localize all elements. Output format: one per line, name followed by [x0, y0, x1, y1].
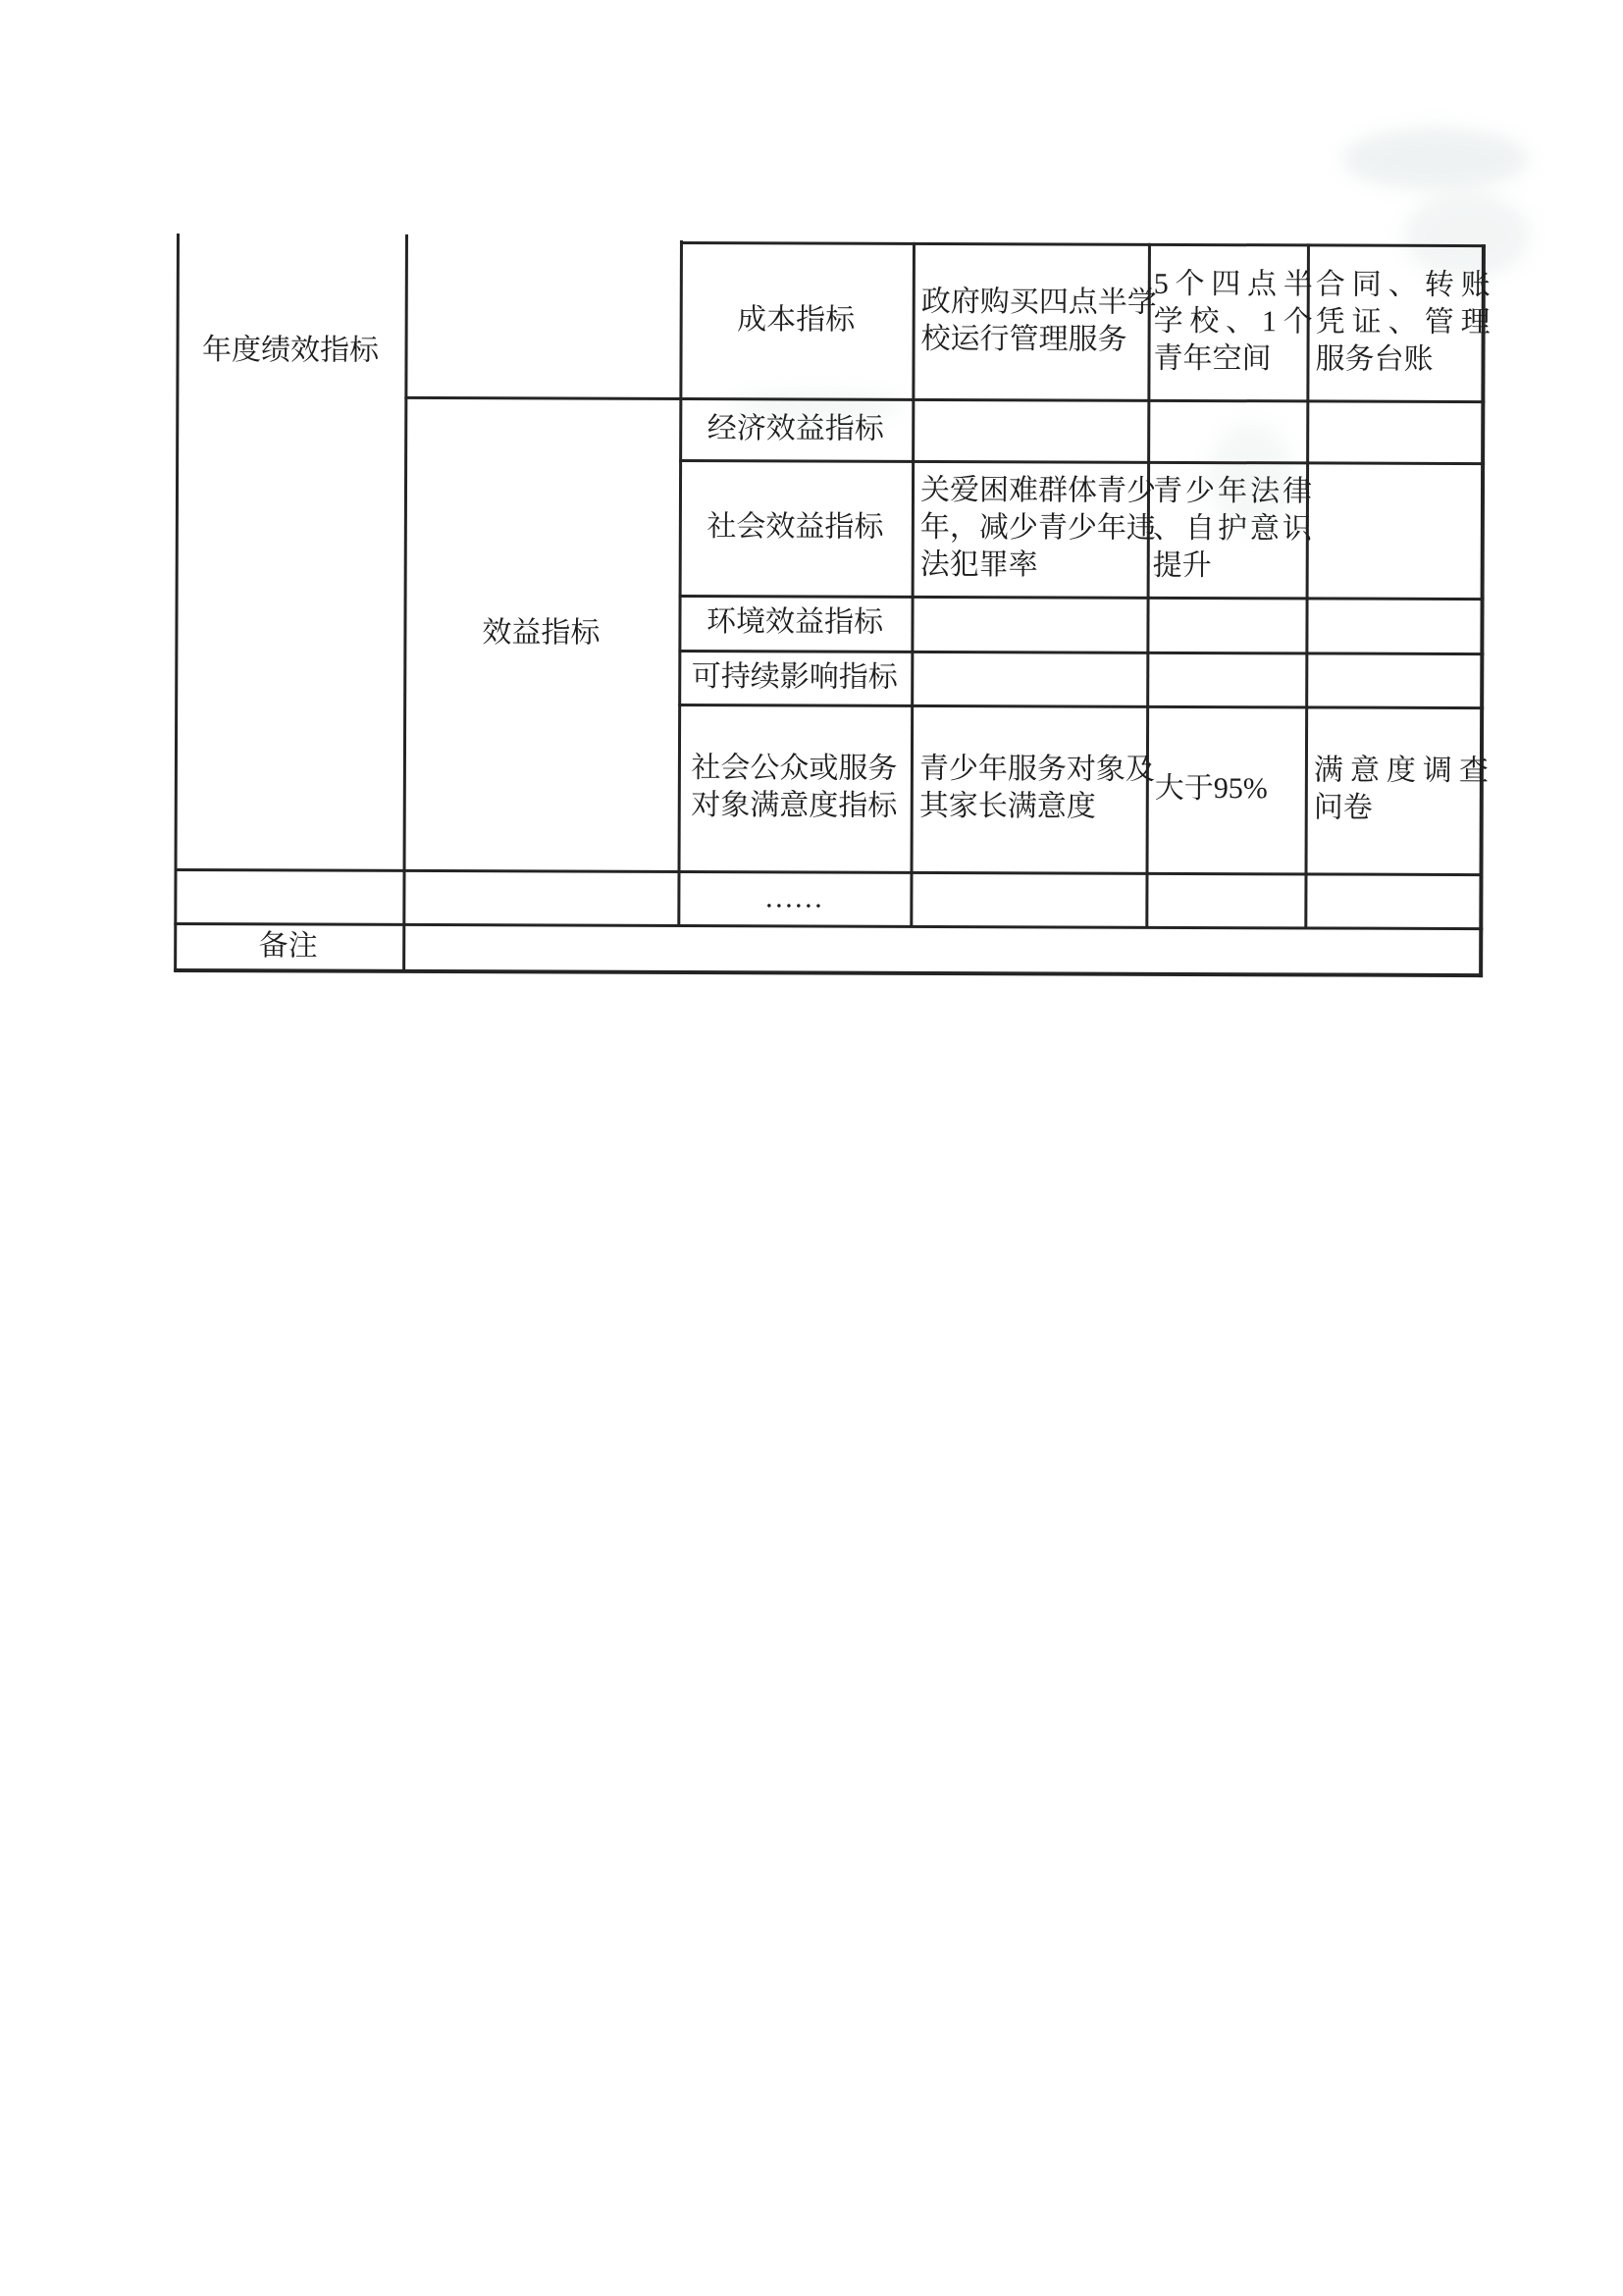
benefit-indicator-label-cell: 效益指标 — [403, 396, 680, 870]
indicator-label: 成本指标 — [680, 300, 913, 339]
indicator-content: 青少年服务对象及其家长满意度 — [919, 751, 1155, 826]
target-cell-satisfaction: 大于95% — [1146, 705, 1322, 873]
target-cell-social: 青少年法律、自护意识提升 — [1147, 461, 1318, 598]
indicator-cell-social: 社会效益指标 — [679, 459, 913, 596]
annual-indicator-label-cell: 年度绩效指标 — [176, 332, 404, 382]
evidence-cell-satisfaction: 满意度调查问卷 — [1305, 705, 1496, 873]
remark-label-cell: 备注 — [174, 922, 402, 969]
performance-indicator-table: 年度绩效指标 效益指标 成本指标 政府购买四点半学校运行管理服务 5个四点半学校… — [174, 234, 1486, 980]
indicator-evidence: 满意度调查问卷 — [1314, 752, 1489, 827]
indicator-target: 大于95% — [1155, 770, 1314, 809]
remark-label: 备注 — [174, 926, 402, 965]
indicator-cell-satisfaction: 社会公众或服务对象满意度指标 — [678, 704, 912, 871]
indicator-content: 关爱困难群体青少年，减少青少年违法犯罪率 — [920, 472, 1156, 585]
remark-value-cell — [405, 923, 1479, 973]
content-cell-social: 关爱困难群体青少年，减少青少年违法犯罪率 — [912, 460, 1164, 597]
annual-indicator-label: 年度绩效指标 — [176, 332, 404, 370]
content-cell-cost: 政府购买四点半学校运行管理服务 — [912, 242, 1164, 399]
indicator-label: 社会公众或服务对象满意度指标 — [678, 750, 911, 825]
benefit-indicator-label: 效益指标 — [403, 614, 678, 652]
indicator-target: 5个四点半学校、1个青年空间 — [1153, 265, 1312, 378]
indicator-target: 青少年法律、自护意识提升 — [1153, 473, 1312, 586]
ellipsis-text: …… — [677, 878, 910, 916]
remark-value — [405, 946, 1479, 950]
indicator-label: 经济效益指标 — [679, 409, 912, 447]
indicator-cell-economic: 经济效益指标 — [679, 397, 912, 460]
indicator-evidence: 合同、转账凭证、管理服务台账 — [1315, 266, 1490, 379]
target-cell-cost: 5个四点半学校、1个青年空间 — [1147, 243, 1318, 400]
indicator-label: 社会效益指标 — [679, 508, 912, 547]
indicator-label: 环境效益指标 — [678, 603, 911, 642]
scan-artifact — [1342, 128, 1529, 190]
indicator-content: 政府购买四点半学校运行管理服务 — [921, 283, 1157, 358]
evidence-cell-cost: 合同、转账凭证、管理服务台账 — [1306, 243, 1497, 400]
content-cell-satisfaction: 青少年服务对象及其家长满意度 — [911, 704, 1163, 872]
indicator-label: 可持续影响指标 — [678, 657, 911, 696]
scanned-document-page: 年度绩效指标 效益指标 成本指标 政府购买四点半学校运行管理服务 5个四点半学校… — [0, 0, 1623, 2296]
indicator-cell-environment: 环境效益指标 — [678, 595, 911, 651]
indicator-cell-sustainable: 可持续影响指标 — [678, 650, 911, 704]
ellipsis-cell: …… — [677, 870, 910, 925]
indicator-cell-cost: 成本指标 — [679, 241, 913, 398]
